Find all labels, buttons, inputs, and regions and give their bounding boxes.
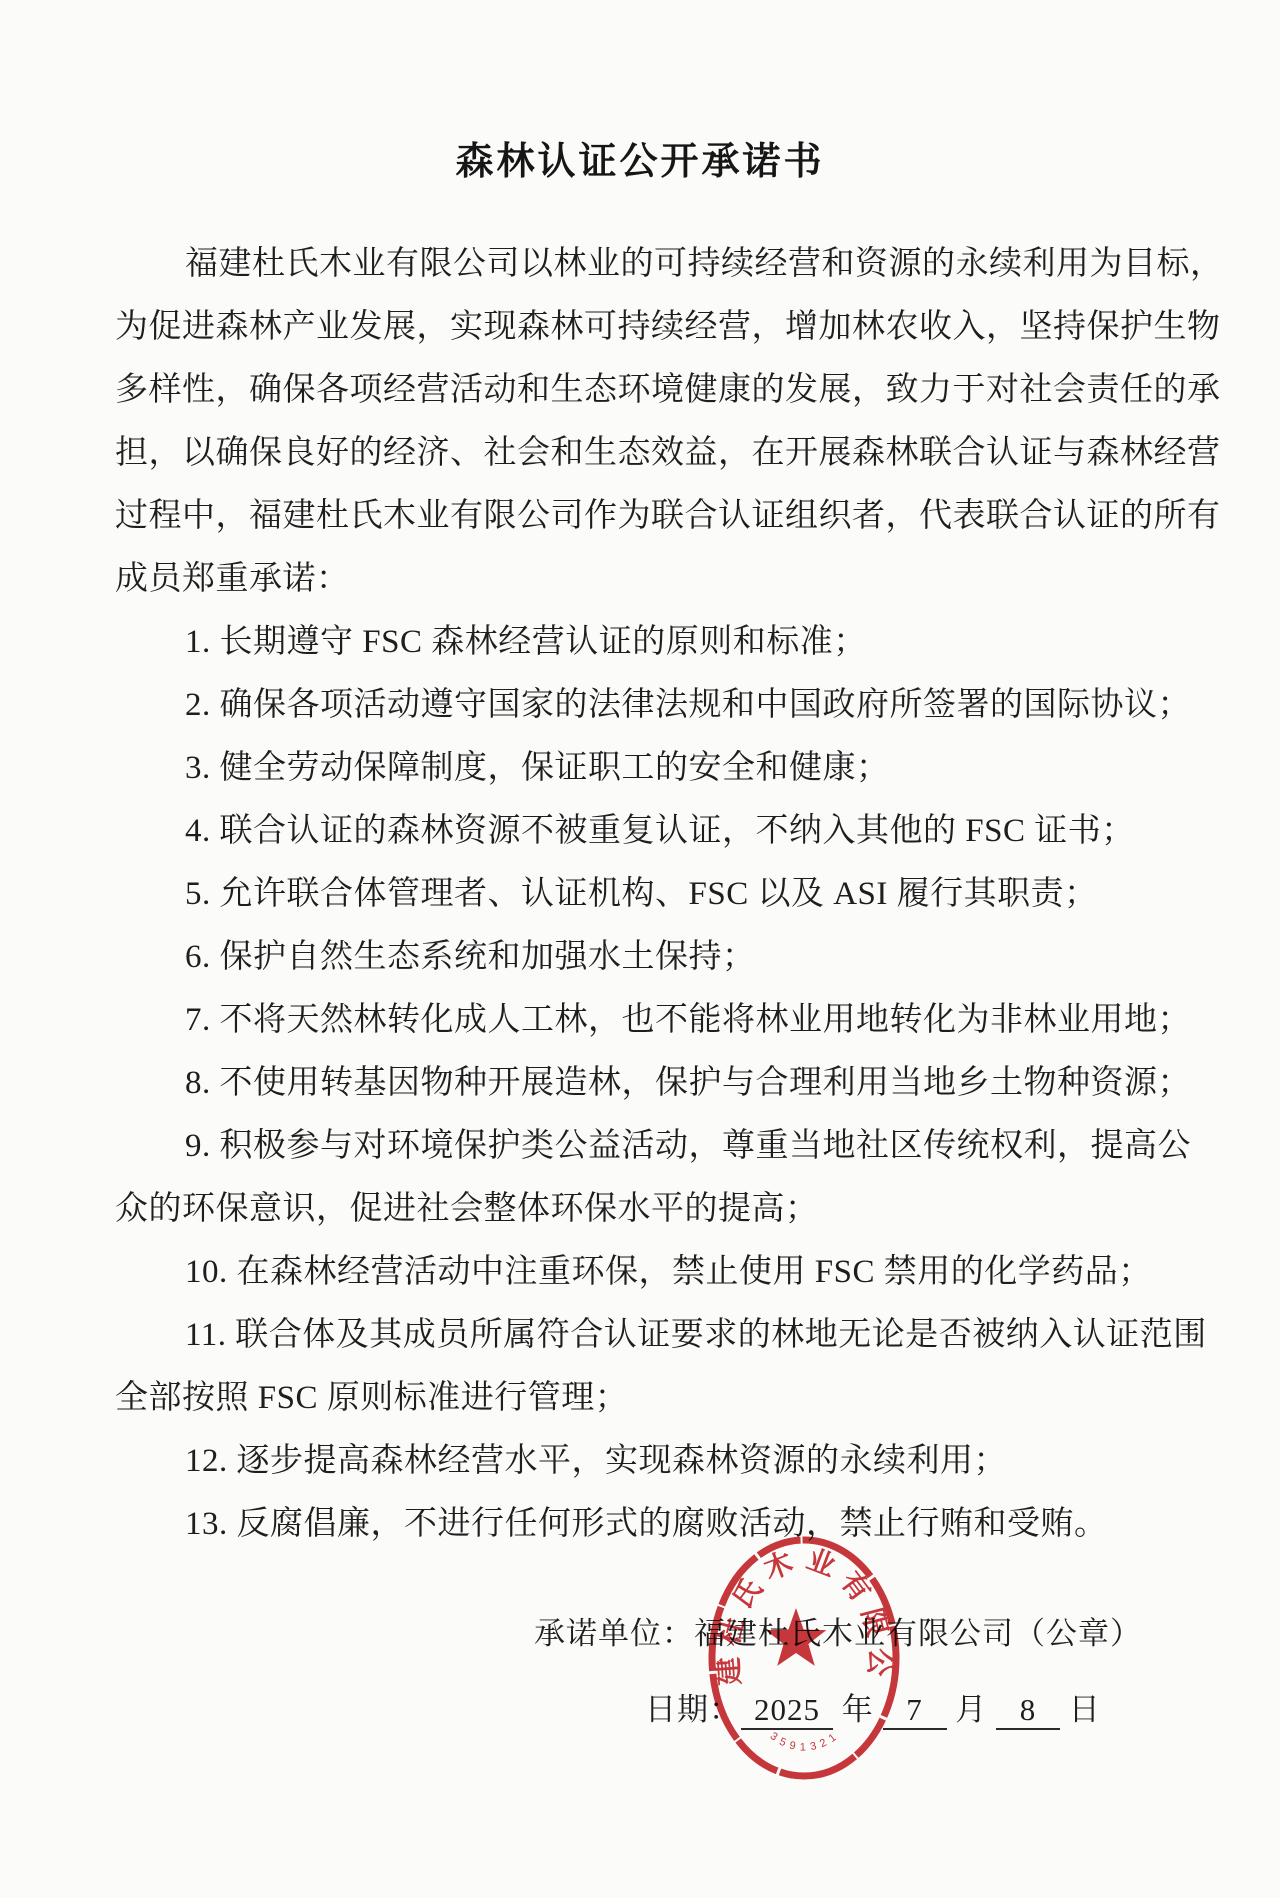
svg-text:3591321: 3591321: [768, 1729, 843, 1754]
document-line: 福建杜氏木业有限公司以林业的可持续经营和资源的永续利用为目标，: [115, 233, 1205, 296]
date-month-suffix: 月: [955, 1692, 987, 1727]
document-body: 福建杜氏木业有限公司以林业的可持续经营和资源的永续利用为目标，为促进森林产业发展…: [115, 233, 1205, 1556]
seal-serial-number: 3591321: [768, 1729, 843, 1754]
document-line: 众的环保意识，促进社会整体环保水平的提高；: [115, 1178, 1205, 1241]
date-day: 8: [996, 1692, 1060, 1730]
document-line: 担，以确保良好的经济、社会和生态效益，在开展森林联合认证与森林经营: [115, 422, 1205, 485]
document-line: 6. 保护自然生态系统和加强水土保持；: [115, 926, 1205, 989]
seal-star-icon: [766, 1608, 827, 1666]
document-line: 过程中，福建杜氏木业有限公司作为联合认证组织者，代表联合认证的所有: [115, 485, 1205, 548]
document-line: 9. 积极参与对环境保护类公益活动，尊重当地社区传统权利，提高公: [115, 1115, 1205, 1178]
document-line: 4. 联合认证的森林资源不被重复认证，不纳入其他的 FSC 证书；: [115, 800, 1205, 863]
document-line: 10. 在森林经营活动中注重环保，禁止使用 FSC 禁用的化学药品；: [115, 1241, 1205, 1304]
page-title: 森林认证公开承诺书: [0, 130, 1280, 185]
document-line: 12. 逐步提高森林经营水平，实现森林资源的永续利用；: [115, 1430, 1205, 1493]
document-line: 8. 不使用转基因物种开展造林，保护与合理利用当地乡土物种资源；: [115, 1052, 1205, 1115]
document-line: 2. 确保各项活动遵守国家的法律法规和中国政府所签署的国际协议；: [115, 674, 1205, 737]
signature-unit-label: 承诺单位：: [534, 1616, 694, 1651]
document-line: 7. 不将天然林转化成人工林，也不能将林业用地转化为非林业用地；: [115, 989, 1205, 1052]
company-seal-stamp: 福建杜氏木业有限公司 3591321: [706, 1536, 902, 1780]
document-line: 11. 联合体及其成员所属符合认证要求的林地无论是否被纳入认证范围: [115, 1304, 1205, 1367]
document-line: 5. 允许联合体管理者、认证机构、FSC 以及 ASI 履行其职责；: [115, 863, 1205, 926]
document-line: 全部按照 FSC 原则标准进行管理；: [115, 1367, 1205, 1430]
date-day-suffix: 日: [1069, 1692, 1101, 1727]
document-line: 13. 反腐倡廉，不进行任何形式的腐败活动，禁止行贿和受贿。: [115, 1493, 1205, 1556]
document-line: 为促进森林产业发展，实现森林可持续经营，增加林农收入，坚持保护生物: [115, 296, 1205, 359]
document-line: 1. 长期遵守 FSC 森林经营认证的原则和标准；: [115, 611, 1205, 674]
document-line: 成员郑重承诺：: [115, 548, 1205, 611]
document-line: 3. 健全劳动保障制度，保证职工的安全和健康；: [115, 737, 1205, 800]
document-line: 多样性，确保各项经营活动和生态环境健康的发展，致力于对社会责任的承: [115, 359, 1205, 422]
svg-text:福建杜氏木业有限公司: 福建杜氏木业有限公司: [706, 1536, 896, 1686]
seal-ring-text: 福建杜氏木业有限公司: [706, 1536, 896, 1686]
